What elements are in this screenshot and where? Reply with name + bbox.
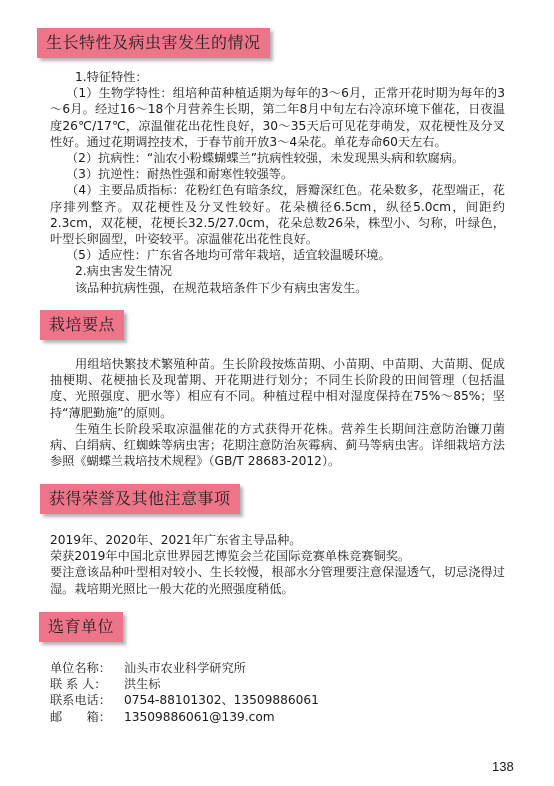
paragraph: （1）生物学特性：组培种苗种植适期为每年的3～6月，正常开花时期为每年的3～6月…: [50, 85, 505, 150]
honors-notes-body: 2019年、2020年、2021年广东省主导品种。 荣获2019年中国北京世界园…: [50, 532, 505, 597]
paragraph: 2.病虫害发生情况: [50, 263, 505, 279]
paragraph: （2）抗病性：“汕农小粉蝶蝴蝶兰”抗病性较强，未发现黑头病和软腐病。: [50, 150, 505, 166]
paragraph: 该品种抗病性强，在规范栽培条件下少有病虫害发生。: [50, 280, 505, 296]
contact-value: 汕头市农业科学研究所: [124, 660, 246, 676]
contact-value: 13509886061@139.com: [124, 709, 275, 725]
growth-characteristics-body: 1.特征特性： （1）生物学特性：组培种苗种植适期为每年的3～6月，正常开花时期…: [50, 69, 505, 296]
paragraph: （5）适应性：广东省各地均可常年栽培，适宜较温暖环境。: [50, 247, 505, 263]
paragraph: 2019年、2020年、2021年广东省主导品种。: [50, 532, 505, 548]
paragraph: （4）主要品质指标：花粉红色有暗条纹，唇瓣深红色。花朵数多，花型端正，花序排列整…: [50, 182, 505, 247]
section-heading-breeding-unit: 选育单位: [39, 612, 123, 642]
contact-label: 联 系 人：: [50, 676, 124, 692]
contact-value: 0754-88101302、13509886061: [124, 692, 319, 708]
contact-label: 单位名称：: [50, 660, 124, 676]
paragraph: 荣获2019年中国北京世界园艺博览会兰花国际竞赛单株竞赛铜奖。: [50, 548, 505, 564]
contact-row-phone: 联系电话： 0754-88101302、13509886061: [50, 692, 505, 708]
paragraph: 生殖生长阶段采取凉温催花的方式获得开花株。营养生长期间注意防治镰刀菌病、白绢病、…: [50, 421, 505, 470]
section-heading-honors-notes: 获得荣誉及其他注意事项: [40, 484, 240, 514]
contact-row-contact-person: 联 系 人： 洪生标: [50, 676, 505, 692]
breeding-unit-contacts: 单位名称： 汕头市农业科学研究所 联 系 人： 洪生标 联系电话： 0754-8…: [50, 660, 505, 725]
paragraph: 用组培快繁技术繁殖种苗。生长阶段按炼苗期、小苗期、中苗期、大苗期、促成抽梗期、花…: [50, 356, 505, 421]
contact-row-email: 邮 箱： 13509886061@139.com: [50, 709, 505, 725]
contact-row-unit-name: 单位名称： 汕头市农业科学研究所: [50, 660, 505, 676]
section-heading-growth-characteristics: 生长特性及病虫害发生的情况: [37, 28, 270, 58]
paragraph: 1.特征特性：: [50, 69, 505, 85]
paragraph: （3）抗逆性：耐热性强和耐寒性较强等。: [50, 166, 505, 182]
paragraph: 要注意该品种叶型相对较小、生长较慢，根部水分管理要注意保湿透气，切忌浇得过湿。栽…: [50, 564, 505, 596]
contact-label: 邮 箱：: [50, 709, 124, 725]
section-heading-cultivation-points: 栽培要点: [40, 310, 124, 340]
page-number: 138: [492, 759, 514, 774]
contact-value: 洪生标: [124, 676, 161, 692]
cultivation-points-body: 用组培快繁技术繁殖种苗。生长阶段按炼苗期、小苗期、中苗期、大苗期、促成抽梗期、花…: [50, 356, 505, 469]
contact-label: 联系电话：: [50, 692, 124, 708]
